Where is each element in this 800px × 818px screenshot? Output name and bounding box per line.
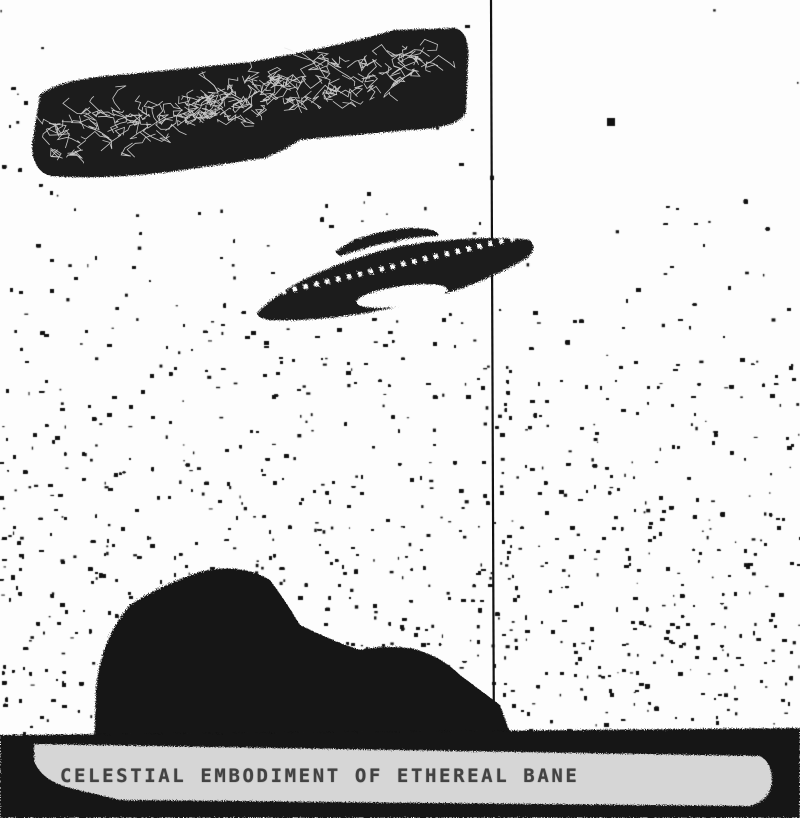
vertical-line bbox=[491, 0, 494, 760]
artwork-shapes bbox=[0, 0, 800, 818]
caption-text: CELESTIAL EMBODIMENT OF ETHEREAL BANE bbox=[60, 758, 760, 798]
dark-block bbox=[32, 28, 468, 177]
artwork-canvas: CELESTIAL EMBODIMENT OF ETHEREAL BANE bbox=[0, 0, 800, 818]
